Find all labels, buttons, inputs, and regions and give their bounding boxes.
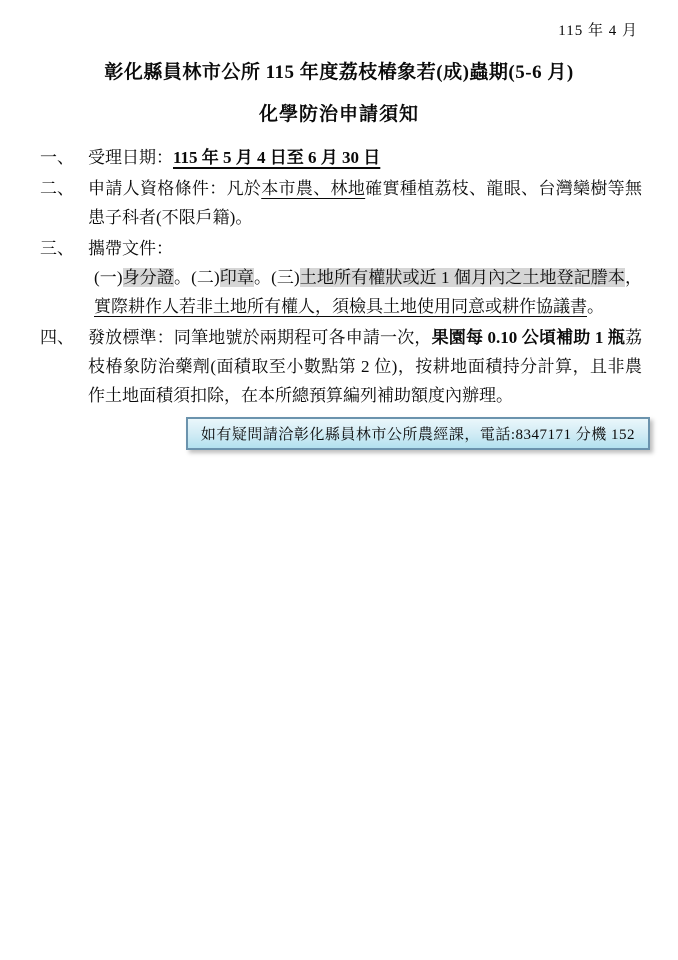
item-3-doc-seal: 印章	[220, 268, 254, 287]
item-3-text: 攜帶文件： (一)身分證。(二)印章。(三)土地所有權狀或近 1 個月內之土地登…	[88, 234, 642, 321]
item-3-tenant-note: 實際耕作人若非土地所有權人，須檢具土地使用同意或耕作協議書	[94, 297, 587, 316]
item-3-doc-id-card: 身分證	[123, 268, 174, 287]
doc-date: 115 年 4 月	[0, 0, 678, 40]
item-1-text: 受理日期：115 年 5 月 4 日至 6 月 30 日	[88, 143, 642, 172]
item-2-area: 本市農、林地	[261, 179, 365, 198]
item-3-documents: 三、 攜帶文件： (一)身分證。(二)印章。(三)土地所有權狀或近 1 個月內之…	[40, 234, 642, 321]
item-2-number: 二、	[40, 174, 88, 232]
item-3-seg3: 。(三)	[254, 268, 300, 287]
item-1-acceptance-period: 一、 受理日期：115 年 5 月 4 日至 6 月 30 日	[40, 143, 642, 172]
item-2-eligibility: 二、 申請人資格條件：凡於本市農、林地確實種植荔枝、龍眼、台灣欒樹等無患子科者(…	[40, 174, 642, 232]
item-1-label: 受理日期：	[88, 148, 173, 167]
doc-title: 彰化縣員林市公所 115 年度荔枝椿象若(成)蟲期(5-6 月)	[30, 57, 648, 84]
item-2-pre: 申請人資格條件：凡於	[88, 179, 261, 198]
item-4-text: 發放標準：同筆地號於兩期程可各申請一次，果園每 0.10 公頃補助 1 瓶荔枝椿…	[88, 323, 642, 410]
item-3-number: 三、	[40, 234, 88, 321]
item-3-doc-land-title: 土地所有權狀或近 1 個月內之土地登記謄本	[300, 268, 625, 287]
item-3-head: 攜帶文件：	[88, 234, 642, 263]
item-4-number: 四、	[40, 323, 88, 410]
contact-info-box: 如有疑問請洽彰化縣員林市公所農經課，電話:8347171 分機 152	[186, 417, 650, 450]
item-1-period: 115 年 5 月 4 日至 6 月 30 日	[173, 148, 380, 167]
item-3-seg4: ，	[625, 268, 642, 287]
item-3-document-list: (一)身分證。(二)印章。(三)土地所有權狀或近 1 個月內之土地登記謄本，實際…	[94, 263, 642, 321]
item-3-seg5: 。	[587, 297, 604, 316]
item-3-seg1: (一)	[94, 268, 123, 287]
document-page: 115 年 4 月 彰化縣員林市公所 115 年度荔枝椿象若(成)蟲期(5-6 …	[0, 0, 678, 960]
item-3-seg2: 。(二)	[174, 268, 220, 287]
notice-items: 一、 受理日期：115 年 5 月 4 日至 6 月 30 日 二、 申請人資格…	[40, 143, 642, 410]
doc-subtitle: 化學防治申請須知	[0, 99, 678, 126]
item-4-pre: 發放標準：同筆地號於兩期程可各申請一次，	[88, 328, 432, 347]
item-4-distribution-standard: 四、 發放標準：同筆地號於兩期程可各申請一次，果園每 0.10 公頃補助 1 瓶…	[40, 323, 642, 410]
item-1-number: 一、	[40, 143, 88, 172]
item-4-subsidy-rate: 果園每 0.10 公頃補助 1 瓶	[432, 328, 625, 347]
item-2-text: 申請人資格條件：凡於本市農、林地確實種植荔枝、龍眼、台灣欒樹等無患子科者(不限戶…	[88, 174, 642, 232]
